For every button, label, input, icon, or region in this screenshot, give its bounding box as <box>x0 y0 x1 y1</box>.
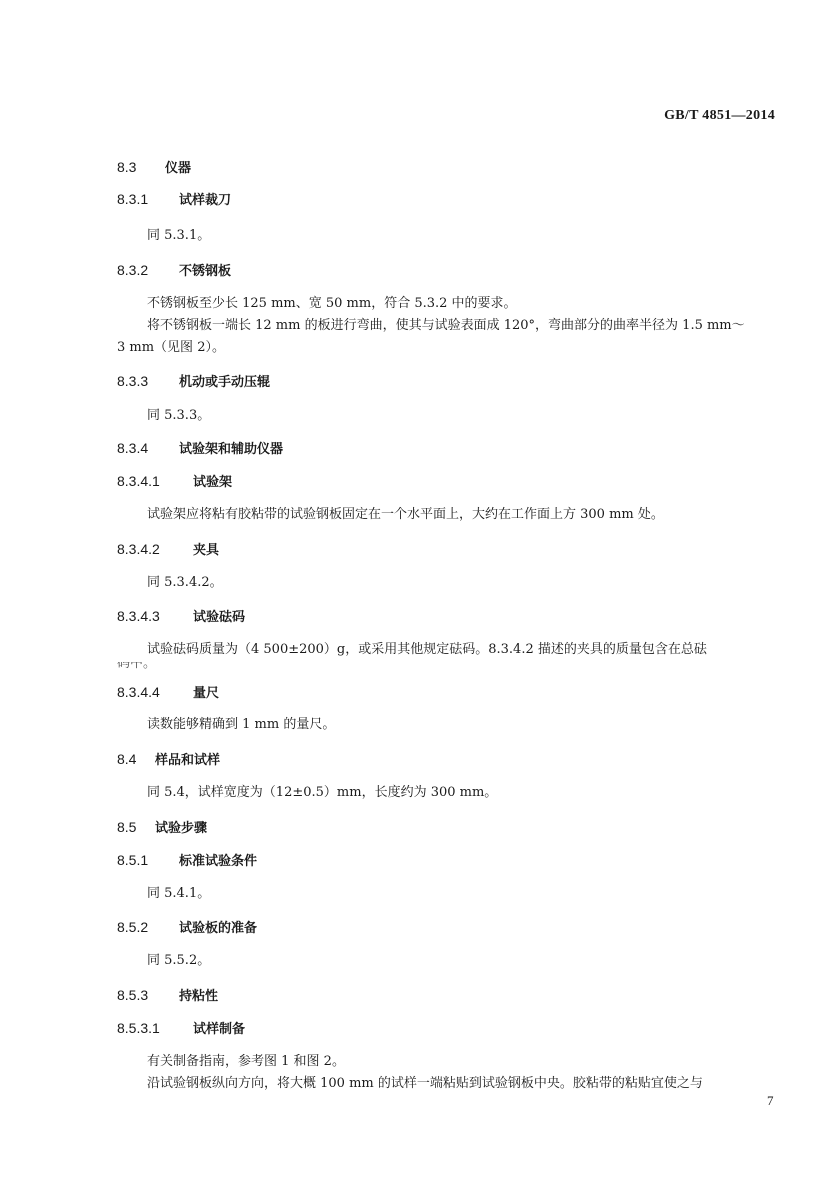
heading-8-5: 8.5试验步骤 <box>117 817 207 839</box>
heading-8-5-2: 8.5.2试验板的准备 <box>117 917 257 939</box>
paragraph: 同 5.3.3。 <box>147 406 210 426</box>
heading-8-3-4-4: 8.3.4.4量尺 <box>117 682 219 704</box>
page-number: 7 <box>767 1093 774 1109</box>
paragraph-continuation: 3 mm（见图 2）。 <box>117 338 225 358</box>
paragraph: 读数能够精确到 1 mm 的量尺。 <box>147 715 335 735</box>
heading-8-5-3-1: 8.5.3.1试样制备 <box>117 1018 245 1040</box>
heading-8-3-4-1: 8.3.4.1试验架 <box>117 471 232 493</box>
paragraph: 同 5.5.2。 <box>147 951 210 971</box>
paragraph: 同 5.3.1。 <box>147 226 210 246</box>
heading-8-3-4-2: 8.3.4.2夹具 <box>117 539 219 561</box>
standard-code-header: GB/T 4851—2014 <box>664 106 775 124</box>
paragraph: 同 5.4.1。 <box>147 884 210 904</box>
clipped-continuation: 码中。 <box>117 662 156 670</box>
heading-8-5-3: 8.5.3持粘性 <box>117 985 218 1007</box>
document-page: GB/T 4851—2014 8.3仪器 8.3.1试样裁刀 同 5.3.1。 … <box>0 0 839 1200</box>
paragraph: 不锈钢板至少长 125 mm、宽 50 mm，符合 5.3.2 中的要求。 <box>147 294 517 314</box>
paragraph: 沿试验钢板纵向方向，将大概 100 mm 的试样一端粘贴到试验钢板中央。胶粘带的… <box>147 1074 703 1094</box>
heading-8-3-1: 8.3.1试样裁刀 <box>117 189 231 211</box>
heading-8-3-4-3: 8.3.4.3试验砝码 <box>117 606 245 628</box>
paragraph: 试验砝码质量为（4 500±200）g，或采用其他规定砝码。8.3.4.2 描述… <box>147 640 707 660</box>
heading-8-3-4: 8.3.4试验架和辅助仪器 <box>117 438 283 460</box>
paragraph: 试验架应将粘有胶粘带的试验钢板固定在一个水平面上，大约在工作面上方 300 mm… <box>147 505 664 525</box>
heading-8-4: 8.4样品和试样 <box>117 749 220 771</box>
paragraph: 同 5.3.4.2。 <box>147 573 223 593</box>
heading-8-3-3: 8.3.3机动或手动压辊 <box>117 371 270 393</box>
heading-8-5-1: 8.5.1标准试验条件 <box>117 850 257 872</box>
paragraph: 同 5.4，试样宽度为（12±0.5）mm，长度约为 300 mm。 <box>147 783 497 803</box>
heading-8-3: 8.3仪器 <box>117 157 191 179</box>
heading-8-3-2: 8.3.2不锈钢板 <box>117 260 231 282</box>
paragraph: 将不锈钢板一端长 12 mm 的板进行弯曲，使其与试验表面成 120°，弯曲部分… <box>147 316 745 336</box>
paragraph: 有关制备指南，参考图 1 和图 2。 <box>147 1052 345 1072</box>
